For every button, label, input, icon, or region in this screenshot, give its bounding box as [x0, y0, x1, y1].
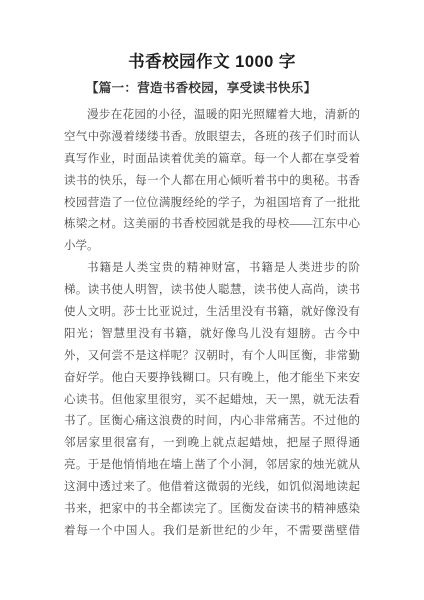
essay-line: 书了。匡衡心痛这浪费的时间，内心非常痛苦。不过他的 [64, 411, 360, 433]
essay-line: 心读书。但他家里很穷，买不起蜡烛，天一黑，就无法看 [64, 390, 360, 412]
essay-line: 邻居家里很富有，一到晚上就点起蜡烛，把屋子照得通 [64, 433, 360, 455]
essay-line: 书来，把家中的书全都读完了。匡衡发奋读书的精神感染 [64, 499, 360, 521]
essay-line: 阳光；智慧里没有书籍，就好像鸟儿没有翅膀。古今中 [64, 324, 360, 346]
essay-line: 空气中弥漫着缕缕书香。放眼望去，各班的孩子们时而认 [64, 127, 360, 149]
essay-line: 栋梁之材。这美丽的书香校园就是我的母校——江东中心 [64, 214, 360, 236]
essay-line: 校园营造了一位位满腹经纶的学子，为祖国培育了一批批 [64, 193, 360, 215]
essay-line: 梯。读书使人明智，读书使人聪慧，读书使人高尚，读书 [64, 280, 360, 302]
essay-line: 着每一个中国人。我们是新世纪的少年，不需要凿壁借 [64, 521, 360, 543]
essay-line: 小学。 [64, 236, 360, 258]
essay-line: 书籍是人类宝贵的精神财富，书籍是人类进步的阶 [64, 258, 360, 280]
page-title: 书香校园作文 1000 字 [0, 52, 424, 72]
essay-body: 漫步在花园的小径，温暖的阳光照耀着大地，清新的 空气中弥漫着缕缕书香。放眼望去，… [64, 105, 360, 543]
essay-line: 使人文明。莎士比亚说过，生活里没有书籍，就好像没有 [64, 302, 360, 324]
document-page: 书香校园作文 1000 字 【篇一：营造书香校园，享受读书快乐】 漫步在花园的小… [0, 0, 424, 600]
essay-line: 奋好学。他白天要挣钱糊口。只有晚上，他才能坐下来安 [64, 368, 360, 390]
essay-line: 外，又何尝不是这样呢？汉朝时，有个人叫匡衡，非常勤 [64, 346, 360, 368]
essay-line: 真写作业，时面品读着优美的篇章。每一个人都在享受着 [64, 149, 360, 171]
essay-line: 亮。于是他悄悄地在墙上凿了个小洞，邻居家的烛光就从 [64, 455, 360, 477]
essay-line: 漫步在花园的小径，温暖的阳光照耀着大地，清新的 [64, 105, 360, 127]
essay-line: 读书的快乐，每一个人都在用心倾听着书中的奥秘。书香 [64, 171, 360, 193]
section-heading: 【篇一：营造书香校园，享受读书快乐】 [86, 80, 316, 96]
essay-line: 这洞中透过来了。他借着这微弱的光线，如饥似渴地读起 [64, 477, 360, 499]
